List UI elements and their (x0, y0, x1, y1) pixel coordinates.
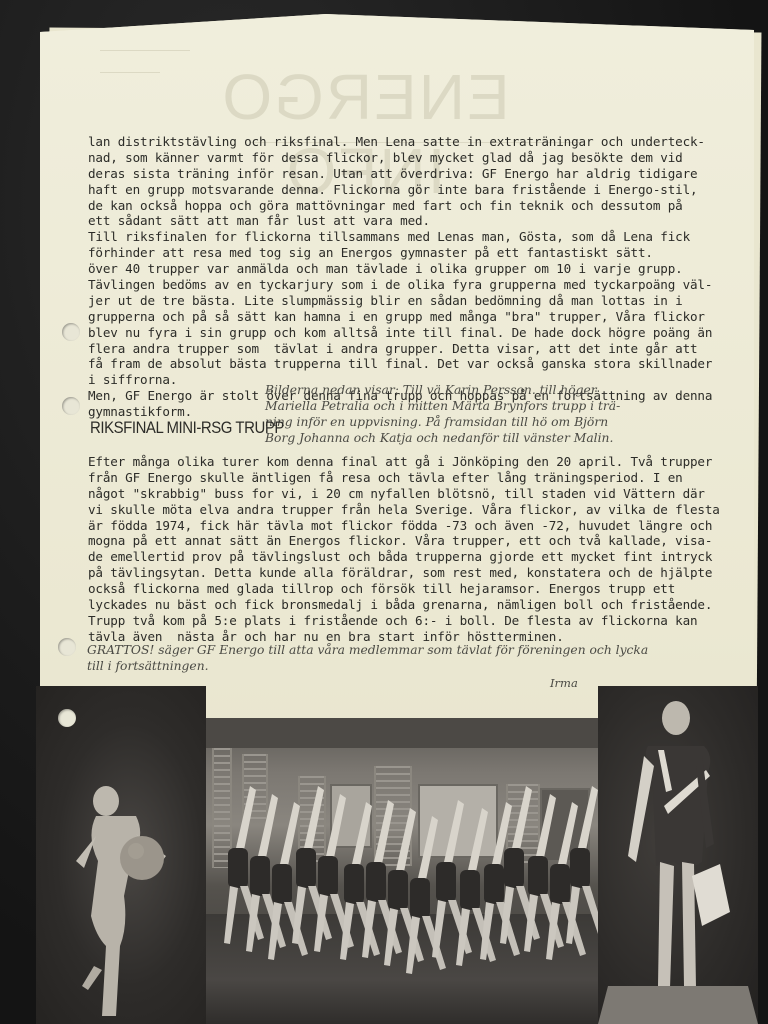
closing-line: GRATTOS! säger GF Energo till atta våra … (87, 642, 747, 658)
text-line: haft en grupp motsvarande denna. Flickor… (88, 182, 736, 198)
intro-article-text: lan distriktstävling och riksfinal. Men … (88, 134, 736, 420)
standing-gymnast-illustration (598, 686, 758, 1024)
text-line: deras sista träning inför resan. Utan at… (88, 166, 736, 182)
caption-line: Bilderna nedan visar: Till vä Karin Pers… (265, 382, 735, 398)
caption-line: Mariella Petralia och i mitten Märta Bry… (265, 398, 735, 414)
text-line: grupperna och på så sätt kan hamna i en … (88, 309, 736, 325)
text-line: flera andra trupper som tävlat i andra g… (88, 341, 736, 357)
closing-line: till i fortsättningen. (87, 658, 747, 674)
section-heading: RIKSFINAL MINI-RSG TRUPP (90, 418, 284, 438)
text-line: på tävlingsytan. Detta kunde alla föräld… (88, 565, 736, 581)
text-line: jer ut de tre bästa. Lite slumpmässig bl… (88, 293, 736, 309)
photo-karin-persson-with-ball (36, 686, 206, 1024)
text-line: är födda 1974, fick här tävla mot flicko… (88, 518, 736, 534)
photo-mariella-petralia (598, 686, 758, 1024)
text-line: lan distriktstävling och riksfinal. Men … (88, 134, 736, 150)
text-line: Efter många olika turer kom denna final … (88, 454, 736, 470)
text-line: få fram de absolut bästa trupperna till … (88, 356, 736, 372)
text-line: från GF Energo skulle äntligen få resa o… (88, 470, 736, 486)
text-line: något "skrabbig" buss for vi, i 20 cm ny… (88, 486, 736, 502)
text-line: de kan också hoppa och göra mattövningar… (88, 198, 736, 214)
text-line: de emellertid prov på tävlingslust och b… (88, 549, 736, 565)
photo-caption: Bilderna nedan visar: Till vä Karin Pers… (265, 382, 735, 446)
text-line: Till riksfinalen for flickorna tillsamma… (88, 229, 736, 245)
text-line: ett sådant sätt att man får lust att var… (88, 213, 736, 229)
text-line: också flickorna med glada tillrop och fö… (88, 581, 736, 597)
text-line: blev nu fyra i sin grupp och kom alltså … (88, 325, 736, 341)
author-signature: Irma (550, 676, 578, 690)
text-line: mogna på ett annat sätt än Energos flick… (88, 533, 736, 549)
photo-marta-brynfors-troupe-training (206, 718, 598, 1024)
dancers-illustration (206, 718, 598, 1024)
text-line: över 40 trupper var anmälda och man tävl… (88, 261, 736, 277)
text-line: Tävlingen bedöms av en tyckarjury som i … (88, 277, 736, 293)
text-line: vi skulle möta elva andra trupper från h… (88, 502, 736, 518)
punch-hole (58, 709, 76, 727)
caption-line: ning inför en uppvisning. På framsidan t… (265, 414, 735, 430)
caption-line: Borg Johanna och Katja och nedanför till… (265, 430, 735, 446)
punch-hole (58, 638, 76, 656)
punch-hole (62, 323, 80, 341)
bleed-through-line (100, 72, 160, 73)
text-line: nad, som känner varmt för dessa flickor,… (88, 150, 736, 166)
section-article-text: Efter många olika turer kom denna final … (88, 454, 736, 645)
text-line: lyckades nu bäst och fick bronsmedalj i … (88, 597, 736, 613)
text-line: förhinder att resa med tog sig an Energo… (88, 245, 736, 261)
punch-hole (62, 397, 80, 415)
bleed-through-line (100, 50, 190, 51)
gymnast-with-ball-illustration (36, 686, 206, 1024)
text-line: Trupp två kom på 5:e plats i fristående … (88, 613, 736, 629)
closing-congratulations: GRATTOS! säger GF Energo till atta våra … (87, 642, 747, 674)
